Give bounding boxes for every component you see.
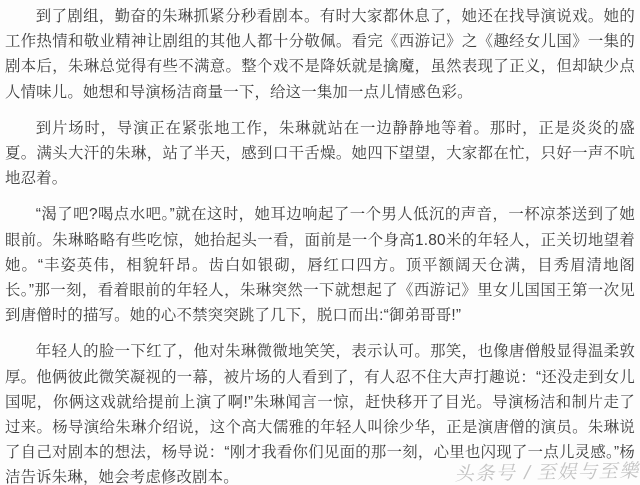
paragraph-3: “渴了吧?喝点水吧。”就在这时，她耳边响起了一个男人低沉的声音，一杯凉茶送到了她… [5,202,635,328]
paragraph-4: 年轻人的脸一下红了，他对朱琳微微地笑笑，表示认可。那笑，也像唐僧般显得温柔敦厚。… [5,339,635,485]
article-body: 到了剧组，勤奋的朱琳抓紧分秒看剧本。有时大家都休息了，她还在找导演说戏。她的工作… [0,0,640,485]
paragraph-2: 到片场时，导演正在紧张地工作，朱琳就站在一边静静地等着。那时，正是炎炎的盛夏。满… [5,116,635,192]
article-page: 到了剧组，勤奋的朱琳抓紧分秒看剧本。有时大家都休息了，她还在找导演说戏。她的工作… [0,0,640,485]
paragraph-1: 到了剧组，勤奋的朱琳抓紧分秒看剧本。有时大家都休息了，她还在找导演说戏。她的工作… [5,4,635,105]
